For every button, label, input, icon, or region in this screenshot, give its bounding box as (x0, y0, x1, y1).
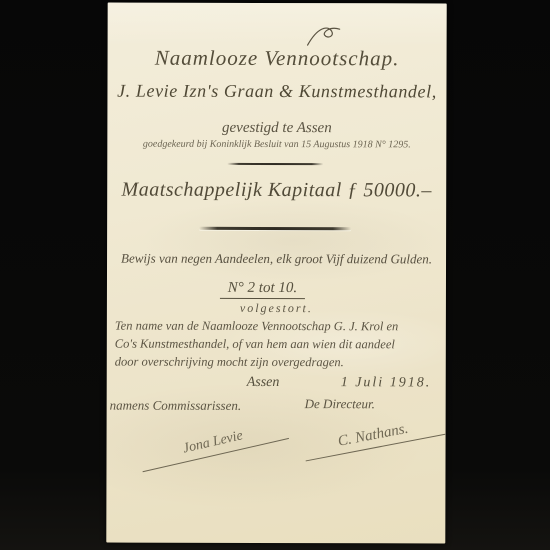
paid-status-line: volgestort. (107, 302, 446, 316)
share-numbers-line: N° 2 tot 10. (93, 280, 432, 299)
company-type-heading: Naamlooze Vennootschap. (108, 47, 447, 71)
royal-approval-line: goedgekeurd bij Koninklijk Besluit van 1… (107, 139, 446, 151)
signature-left: Jona Levie (138, 418, 289, 472)
commissioners-label: namens Commissarissen. (110, 398, 242, 414)
divider-rule-bottom (199, 227, 351, 230)
share-statement-line: Bewijs van negen Aandeelen, elk groot Vi… (107, 252, 446, 267)
place-date-row: Assen 1 Juli 1918. (107, 375, 446, 376)
issue-place: Assen (247, 375, 280, 391)
capital-line: Maatschappelijk Kapitaal ƒ 50000.– (107, 179, 446, 202)
roles-row: namens Commissarissen. De Directeur. (107, 396, 446, 397)
holder-line-2: Co's Kunstmesthandel, of van hem aan wie… (115, 338, 454, 353)
divider-rule-top (227, 163, 323, 165)
director-label: De Directeur. (305, 396, 375, 412)
share-numbers-text: N° 2 tot 10. (220, 280, 305, 299)
certificate-paper: Naamlooze Vennootschap. J. Levie Izn's G… (106, 3, 446, 544)
photo-background: { "photo": { "background_color": "#07070… (0, 0, 550, 550)
holder-line-3: door overschrijving mocht zijn overgedra… (115, 356, 454, 371)
issue-date: 1 Juli 1918. (341, 375, 432, 391)
seat-line: gevestigd te Assen (107, 120, 446, 137)
holder-line-1: Ten name van de Naamlooze Vennootschap G… (115, 320, 454, 335)
company-name-heading: J. Levie Izn's Graan & Kunstmesthandel, (107, 82, 446, 103)
signature-right: C. Nathans. (302, 414, 445, 461)
